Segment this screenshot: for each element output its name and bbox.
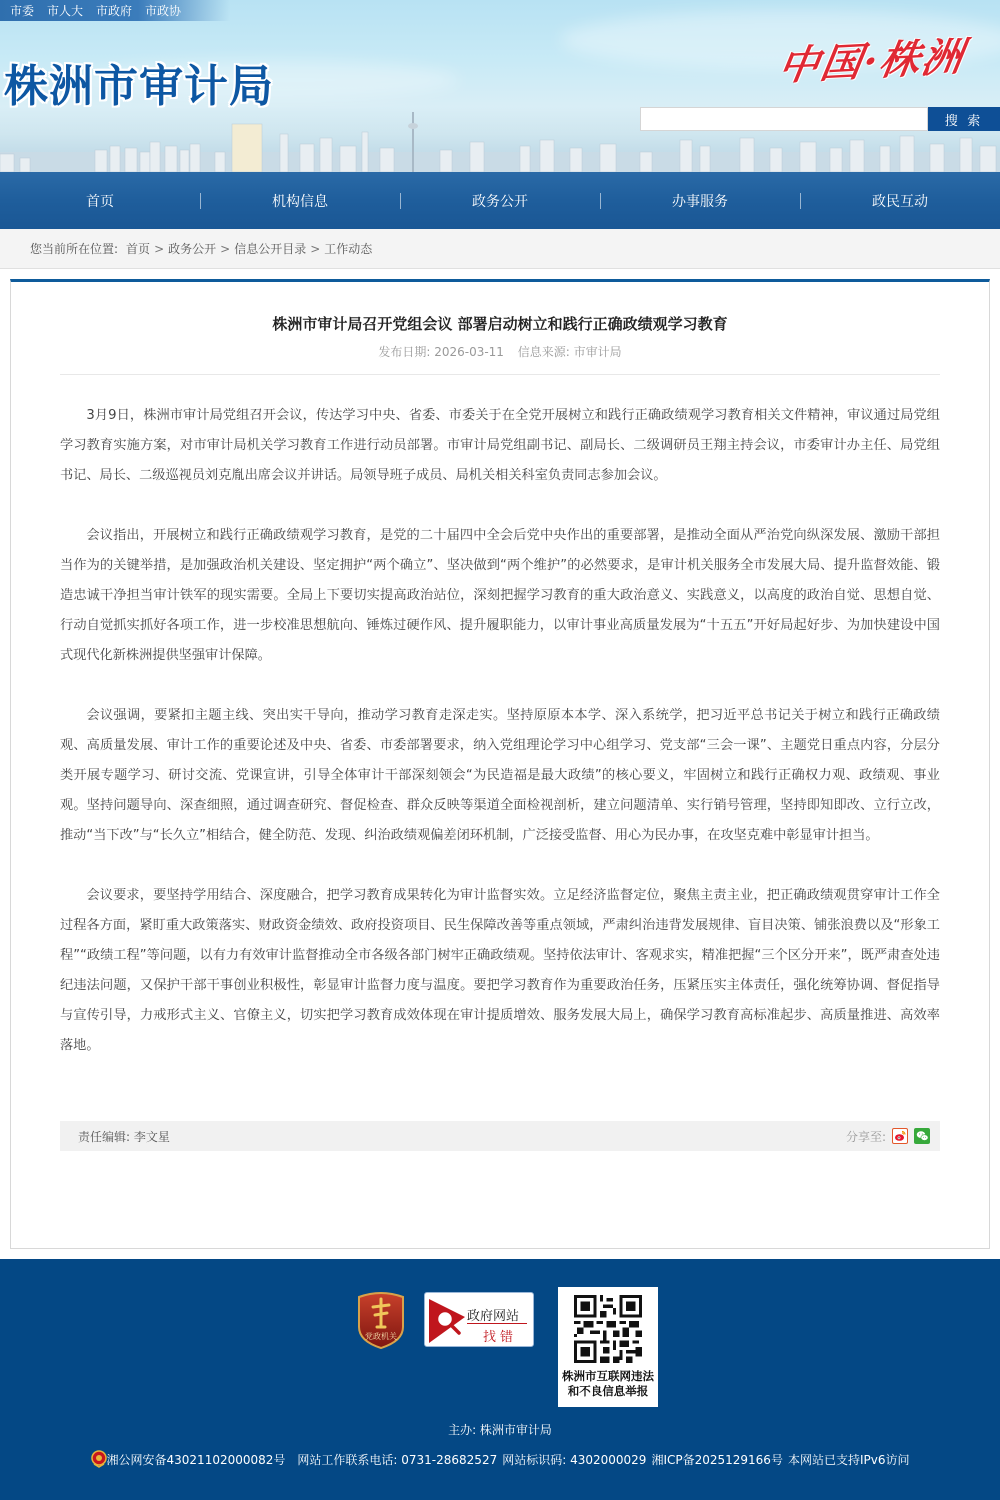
footer-record-info: 湘公网安备43021102000082号 网站工作联系电话: 0731-2868… (0, 1450, 1000, 1468)
nav-government-affairs[interactable]: 政务公开 (400, 191, 600, 211)
party-government-emblem-icon: 党政机关 (355, 1289, 407, 1349)
breadcrumb-separator: > (154, 242, 164, 256)
china-zhuzhou-calligraphy-logo: 中国·株洲 (775, 25, 970, 92)
breadcrumb-separator: > (220, 242, 230, 256)
site-footer: 党政机关 政府网站 找错 (0, 1259, 1000, 1500)
publish-date: 2026-03-11 (434, 345, 504, 359)
top-links-bar: 市委 市人大 市政府 市政协 (0, 0, 230, 21)
breadcrumb-separator: > (310, 242, 320, 256)
breadcrumb-info-catalog[interactable]: 信息公开目录 (234, 240, 306, 257)
top-link-cppcc[interactable]: 市政协 (145, 2, 181, 19)
top-link-municipal-government[interactable]: 市政府 (96, 2, 132, 19)
article-paragraph: 会议强调，要紧扣主题主线、突出实干导向，推动学习教育走深走实。坚持原原本本学、深… (60, 701, 940, 851)
article-paragraph: 3月9日，株洲市审计局党组召开会议，传达学习中央、省委、市委关于在全党开展树立和… (60, 401, 940, 491)
ipv6-support-text: 本网站已支持IPv6访问 (788, 1451, 910, 1468)
source-info: 信息来源: 市审计局 (518, 345, 622, 359)
breadcrumb-government-affairs[interactable]: 政务公开 (168, 240, 216, 257)
magnifier-icon (427, 1295, 467, 1345)
find-error-line2: 找错 (483, 1326, 517, 1345)
find-error-divider (467, 1323, 527, 1324)
article-footer-bar: 责任编辑: 李文星 分享至: (60, 1121, 940, 1151)
source-label: 信息来源: (518, 345, 570, 359)
breadcrumb-home[interactable]: 首页 (126, 240, 150, 257)
wechat-icon[interactable] (914, 1128, 930, 1144)
responsible-editor: 责任编辑: 李文星 (78, 1128, 170, 1145)
top-link-municipal-committee[interactable]: 市委 (10, 2, 34, 19)
breadcrumb-prefix: 您当前所在位置: (30, 240, 118, 257)
main-nav: 首页 机构信息 政务公开 办事服务 政民互动 (0, 172, 1000, 229)
contact-phone: 网站工作联系电话: 0731-28682527 (297, 1451, 497, 1468)
share-bar: 分享至: (846, 1128, 930, 1145)
share-label: 分享至: (846, 1128, 886, 1145)
publish-label: 发布日期: (378, 345, 430, 359)
gov-website-find-error-badge[interactable]: 政府网站 找错 (424, 1292, 534, 1347)
nav-organization-info[interactable]: 机构信息 (200, 191, 400, 211)
qr-code-icon (574, 1295, 642, 1363)
party-government-badge[interactable]: 党政机关 (355, 1289, 407, 1349)
article-paragraph: 会议要求，要坚持学用结合、深度融合，把学习教育成果转化为审计监督实效。立足经济监… (60, 881, 940, 1061)
top-link-peoples-congress[interactable]: 市人大 (47, 2, 83, 19)
article-body: 3月9日，株洲市审计局党组召开会议，传达学习中央、省委、市委关于在全党开展树立和… (60, 375, 940, 1061)
article-paragraph: 会议指出，开展树立和践行正确政绩观学习教育，是党的二十届四中全会后党中央作出的重… (60, 521, 940, 671)
icp-record-link[interactable]: 湘ICP备2025129166号 (651, 1451, 783, 1468)
qr-caption-line1: 株洲市互联网违法 (558, 1369, 658, 1384)
report-qr-code[interactable]: 株洲市互联网违法 和不良信息举报 (558, 1287, 658, 1407)
breadcrumb: 您当前所在位置: 首页 > 政务公开 > 信息公开目录 > 工作动态 (0, 229, 1000, 269)
qr-caption-line2: 和不良信息举报 (558, 1384, 658, 1399)
nav-interaction[interactable]: 政民互动 (800, 191, 1000, 211)
sponsor-text: 主办: 株洲市审计局 (0, 1421, 1000, 1438)
city-skyline-image (0, 112, 1000, 172)
weibo-icon[interactable] (892, 1128, 908, 1144)
site-title-logo[interactable]: 株洲市审计局 (4, 50, 274, 114)
site-identification-code: 网站标识码: 4302000029 (502, 1451, 646, 1468)
editor-name: 李文星 (134, 1130, 170, 1144)
article-meta: 发布日期: 2026-03-11 信息来源: 市审计局 (60, 343, 940, 375)
article-card: 株洲市审计局召开党组会议 部署启动树立和践行正确政绩观学习教育 发布日期: 20… (10, 279, 990, 1249)
article-title: 株洲市审计局召开党组会议 部署启动树立和践行正确政绩观学习教育 (60, 282, 940, 334)
find-error-line1: 政府网站 (467, 1305, 519, 1324)
publish-date-label: 发布日期: 2026-03-11 (378, 345, 504, 359)
nav-home[interactable]: 首页 (0, 191, 200, 211)
svg-text:党政机关: 党政机关 (365, 1331, 397, 1341)
police-record-link[interactable]: 湘公网安备43021102000082号 (107, 1451, 286, 1468)
nav-services[interactable]: 办事服务 (600, 191, 800, 211)
header-banner: 市委 市人大 市政府 市政协 株洲市审计局 中国·株洲 搜 索 (0, 0, 1000, 172)
police-emblem-icon (91, 1450, 107, 1468)
editor-label: 责任编辑: (78, 1130, 130, 1144)
breadcrumb-work-news[interactable]: 工作动态 (324, 240, 372, 257)
qr-caption: 株洲市互联网违法 和不良信息举报 (558, 1369, 658, 1399)
source-value: 市审计局 (574, 345, 622, 359)
